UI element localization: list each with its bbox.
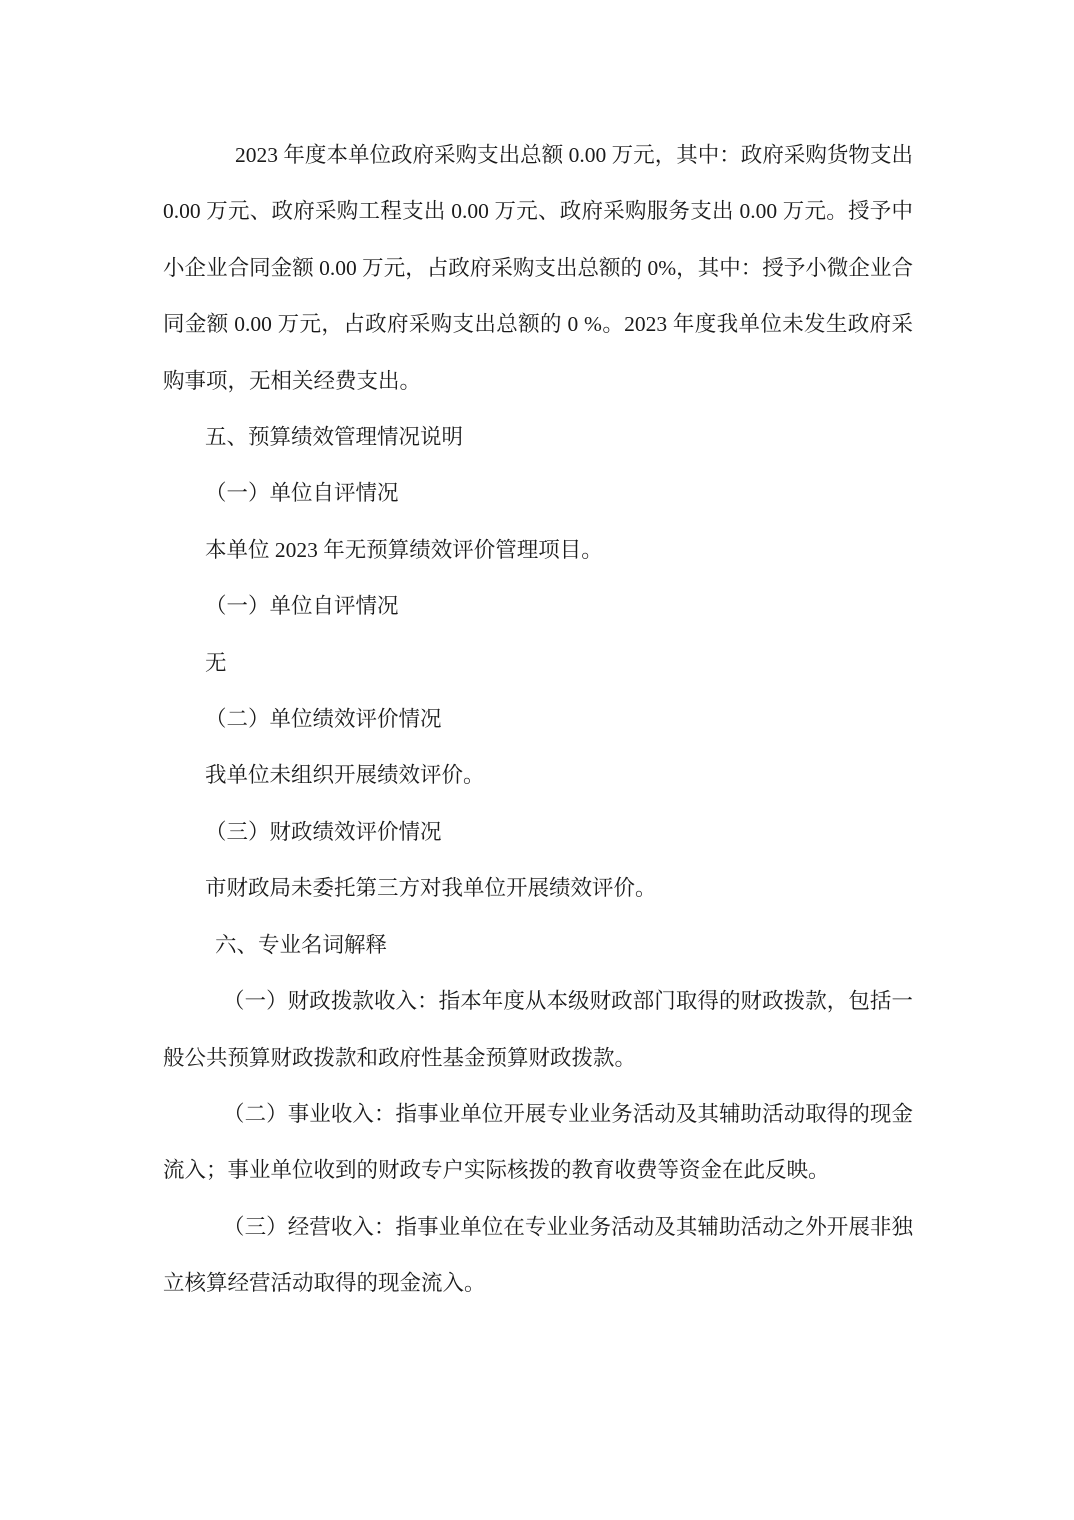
heading-section-six: 六、专业名词解释 — [163, 917, 913, 973]
paragraph-term-institutional-income: （二）事业收入：指事业单位开展专业业务活动及其辅助活动取得的现金流入；事业单位收… — [163, 1086, 913, 1199]
paragraph-no-evaluation-organized: 我单位未组织开展绩效评价。 — [163, 747, 913, 803]
paragraph-none: 无 — [163, 635, 913, 691]
heading-unit-self-evaluation: （一）单位自评情况 — [163, 465, 913, 521]
paragraph-no-third-party-evaluation: 市财政局未委托第三方对我单位开展绩效评价。 — [163, 860, 913, 916]
paragraph-no-performance-projects: 本单位 2023 年无预算绩效评价管理项目。 — [163, 522, 913, 578]
heading-fiscal-performance-evaluation: （三）财政绩效评价情况 — [163, 804, 913, 860]
heading-unit-self-evaluation-2: （一）单位自评情况 — [163, 578, 913, 634]
document-page: 2023 年度本单位政府采购支出总额 0.00 万元，其中：政府采购货物支出 0… — [163, 127, 913, 1312]
paragraph-procurement-expenditure: 2023 年度本单位政府采购支出总额 0.00 万元，其中：政府采购货物支出 0… — [163, 127, 913, 409]
paragraph-term-operating-income: （三）经营收入：指事业单位在专业业务活动及其辅助活动之外开展非独立核算经营活动取… — [163, 1199, 913, 1312]
heading-unit-performance-evaluation: （二）单位绩效评价情况 — [163, 691, 913, 747]
paragraph-term-fiscal-appropriation-income: （一）财政拨款收入：指本年度从本级财政部门取得的财政拨款，包括一般公共预算财政拨… — [163, 973, 913, 1086]
heading-section-five: 五、预算绩效管理情况说明 — [163, 409, 913, 465]
